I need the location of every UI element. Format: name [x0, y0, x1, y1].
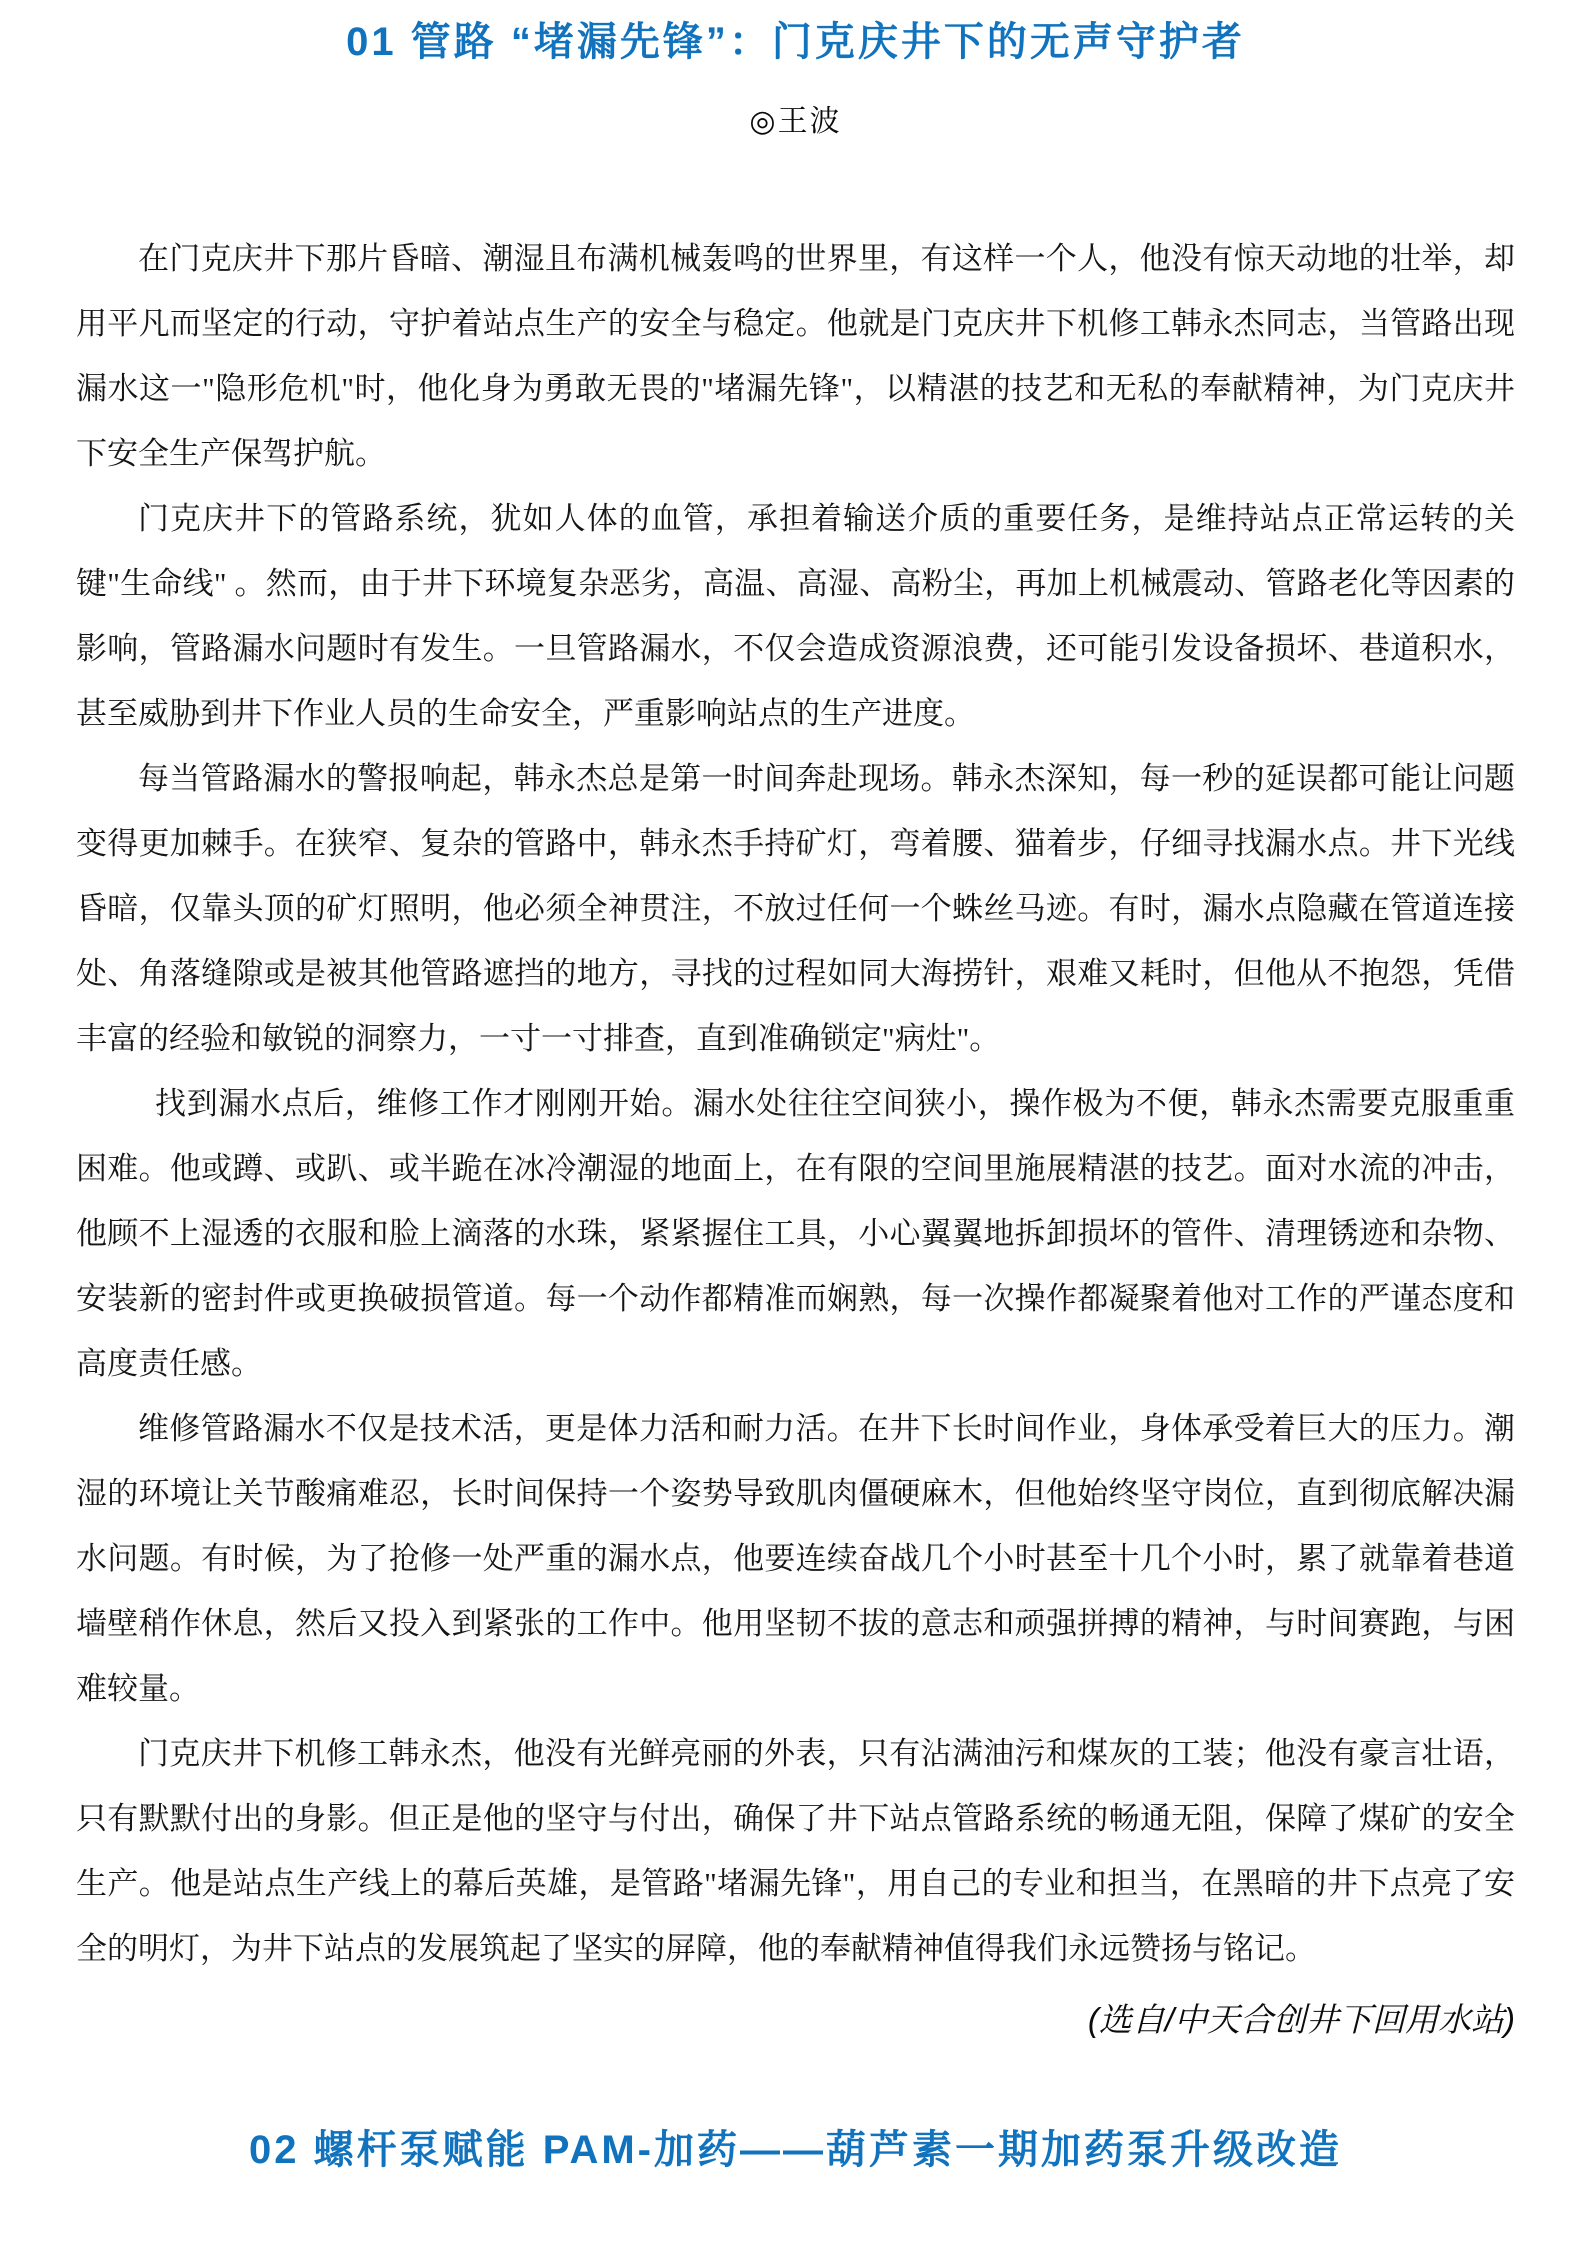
article-01-paragraph-1: 在门克庆井下那片昏暗、潮湿且布满机械轰鸣的世界里，有这样一个人，他没有惊天动地的… — [76, 226, 1515, 486]
article-01-paragraph-2: 门克庆井下的管路系统，犹如人体的血管，承担着输送介质的重要任务，是维持站点正常运… — [76, 486, 1515, 746]
article-01-paragraph-4: 找到漏水点后，维修工作才刚刚开始。漏水处往往空间狭小，操作极为不便，韩永杰需要克… — [76, 1071, 1515, 1396]
article-01-attribution: (选自/中天合创井下回用水站) — [76, 1987, 1515, 2052]
article-01-body: 在门克庆井下那片昏暗、潮湿且布满机械轰鸣的世界里，有这样一个人，他没有惊天动地的… — [76, 226, 1515, 1981]
article-02-title: 02 螺杆泵赋能 PAM-加药——葫芦素一期加药泵升级改造 — [76, 2124, 1515, 2176]
article-01-author: ◎王波 — [76, 102, 1515, 142]
document-page: 01 管路 “堵漏先锋”：门克庆井下的无声守护者 ◎王波 在门克庆井下那片昏暗、… — [0, 0, 1587, 2245]
article-01-paragraph-6: 门克庆井下机修工韩永杰，他没有光鲜亮丽的外表，只有沾满油污和煤灰的工装；他没有豪… — [76, 1721, 1515, 1981]
article-01-title: 01 管路 “堵漏先锋”：门克庆井下的无声守护者 — [76, 16, 1515, 68]
article-01-paragraph-5: 维修管路漏水不仅是技术活，更是体力活和耐力活。在井下长时间作业，身体承受着巨大的… — [76, 1396, 1515, 1721]
article-01-paragraph-3: 每当管路漏水的警报响起，韩永杰总是第一时间奔赴现场。韩永杰深知，每一秒的延误都可… — [76, 746, 1515, 1071]
